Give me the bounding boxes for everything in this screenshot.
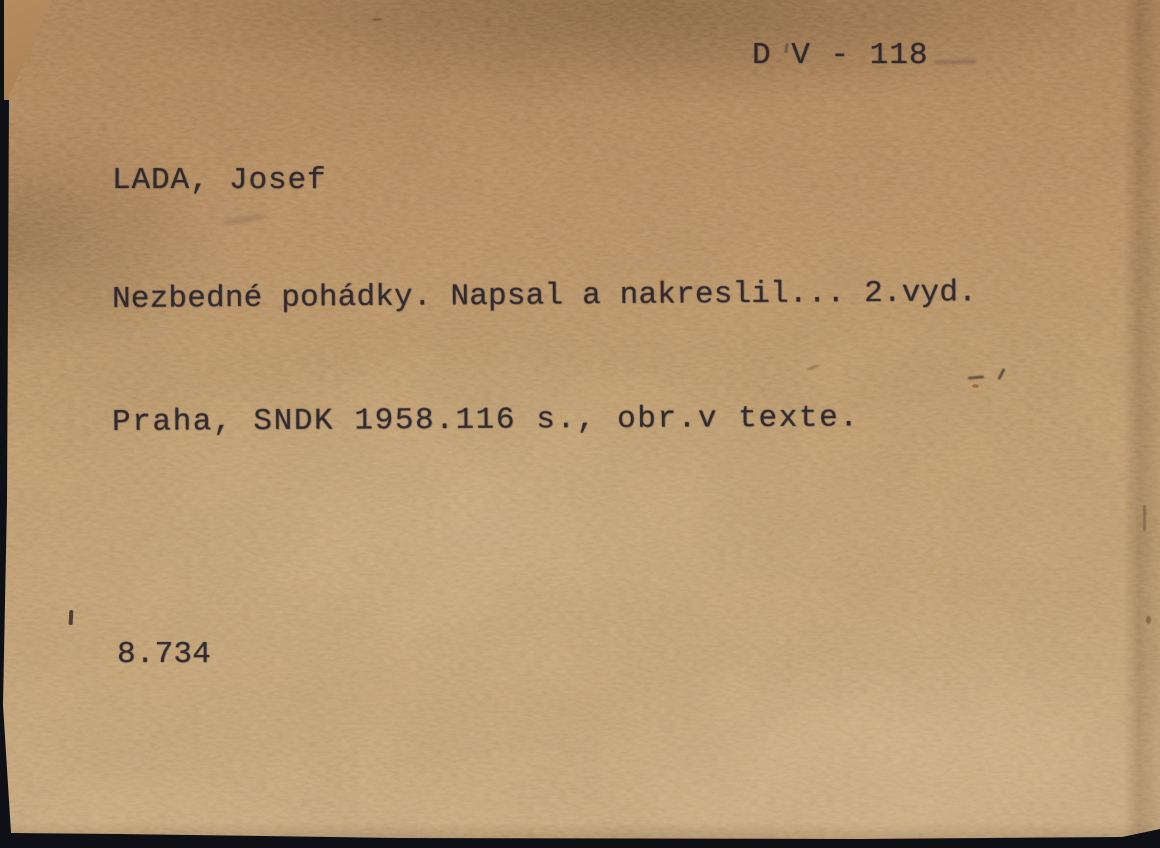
stray-ink-mark — [69, 610, 74, 625]
catalog-card: D V - 118 LADA, Josef Nezbedné pohádky. … — [0, 0, 1160, 848]
author-heading: LADA, Josef — [112, 164, 327, 198]
paper-speck — [972, 384, 979, 388]
scan-background: D V - 118 LADA, Josef Nezbedné pohádky. … — [0, 0, 1160, 848]
small-ink-dash — [968, 375, 984, 379]
paper-speck — [1146, 616, 1151, 624]
faint-smudge-dash — [934, 59, 976, 64]
pencil-smudge — [222, 212, 269, 227]
small-ink-tick — [997, 368, 1005, 380]
accession-number: 8.734 — [117, 638, 211, 672]
imprint-statement: Praha, SNDK 1958.116 s., obr.v texte. — [112, 401, 860, 440]
classification-number: D V - 118 — [752, 39, 928, 73]
paper-speck — [1143, 505, 1146, 531]
paper-speck — [372, 18, 382, 21]
paper-speck — [806, 364, 820, 371]
title-statement: Nezbedné pohádky. Napsal a nakreslil... … — [112, 276, 977, 317]
